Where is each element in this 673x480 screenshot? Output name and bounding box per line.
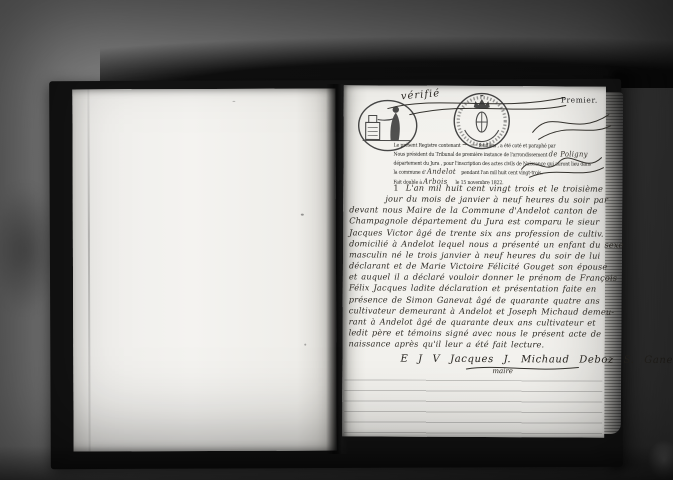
act-body: 1L'an mil huit cent vingt trois et le tr… xyxy=(349,182,604,351)
ruled-lines xyxy=(344,379,602,436)
page-crease xyxy=(87,89,90,451)
act-line: Champagnole département du Jura est comp… xyxy=(349,216,603,228)
photograph: vérifié Premier. xyxy=(0,0,673,480)
act-number: 1 xyxy=(393,183,405,193)
bottom-shadow xyxy=(0,446,673,480)
ink-speck xyxy=(232,101,235,102)
ink-speck xyxy=(301,214,304,216)
left-page xyxy=(72,89,336,452)
act-line: naissance après qu'il leur a été fait le… xyxy=(349,339,603,351)
paraph-flourish-icon xyxy=(527,102,615,144)
handwritten-fill: ~ — xyxy=(462,140,478,149)
president-signature-flourish-icon xyxy=(515,143,607,183)
handwritten-fill: Andelot xyxy=(427,167,456,176)
signature-underline-flourish-icon xyxy=(462,362,582,377)
act-line: Félix Jacques ladite déclaration et prés… xyxy=(349,283,603,295)
signature-note: maire xyxy=(492,367,513,375)
right-page: vérifié Premier. xyxy=(342,85,606,437)
ink-speck xyxy=(304,344,306,346)
act-line: présence de Simon Ganevat âgé de quarant… xyxy=(349,294,603,306)
book-gutter xyxy=(326,84,348,454)
